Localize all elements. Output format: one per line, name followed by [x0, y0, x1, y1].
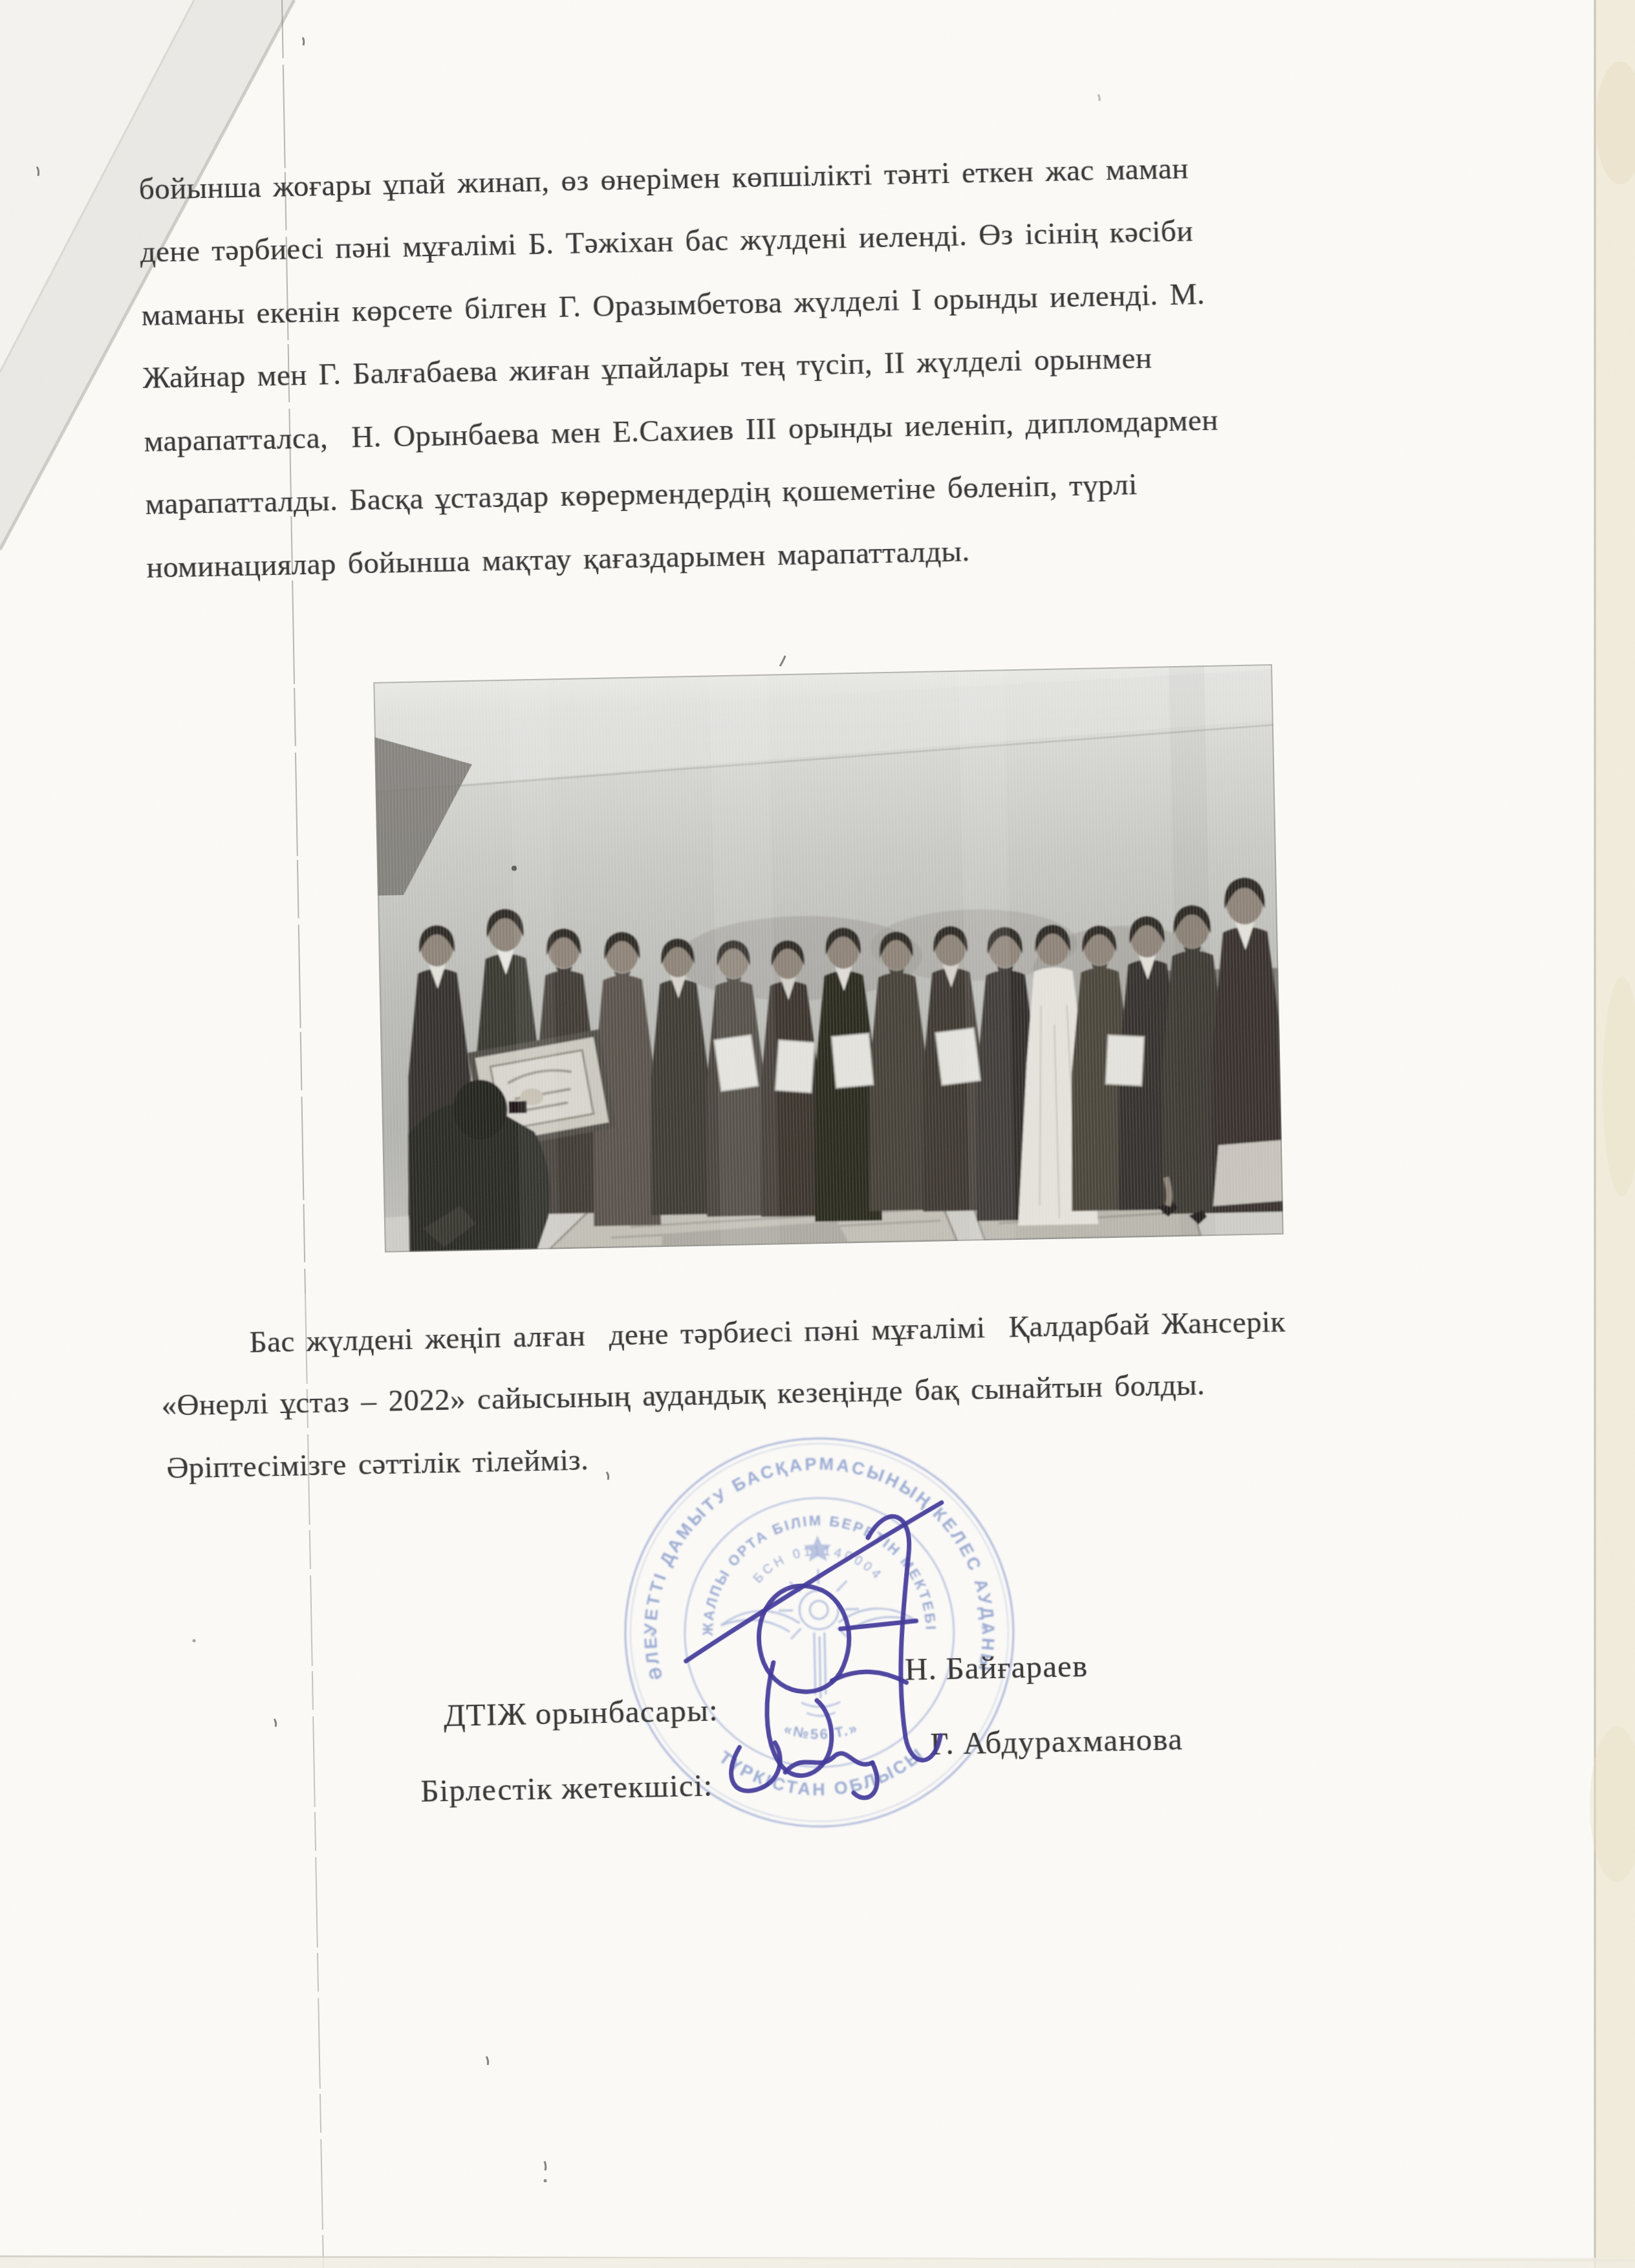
text-line: бойынша жоғары ұпай жинап, өз өнерімен к… — [138, 151, 1189, 207]
text-line: номинациялар бойынша мақтау қағаздарымен… — [146, 534, 970, 585]
paragraph-2: Бас жүлдені жеңіп алған дене тәрбиесі пә… — [0, 0, 1631, 3]
text-line: дене тәрбиесі пәні мұғалімі Б. Тәжіхан б… — [140, 213, 1193, 270]
document-content: бойынша жоғары ұпай жинап, өз өнерімен к… — [0, 0, 1635, 2268]
text-line: Жайнар мен Г. Балғабаева жиған ұпайлары … — [142, 341, 1153, 396]
signature-name: Г. Абдурахманова — [930, 1720, 1184, 1762]
svg-text:*: * — [650, 1628, 656, 1646]
text-line: Әріптесімізге сәттілік тілейміз. — [166, 1442, 589, 1485]
svg-text:*: * — [981, 1622, 988, 1639]
signature-role-label: Бірлестік жетекшісі: — [420, 1767, 713, 1809]
paragraph-1: бойынша жоғары ұпай жинап, өз өнерімен к… — [0, 0, 1631, 3]
text-line: марапатталса, Н. Орынбаева мен Е.Сахиев … — [144, 403, 1218, 459]
signature-ink — [673, 1465, 957, 1807]
award-ceremony-photo — [373, 664, 1283, 1253]
text-line: марапатталды. Басқа ұстаздар көрермендер… — [145, 467, 1138, 522]
scanned-page: бойынша жоғары ұпай жинап, өз өнерімен к… — [0, 0, 1635, 2268]
text-line: «Өнерлі ұстаз – 2022» сайысының аудандық… — [161, 1367, 1206, 1423]
text-line: маманы екенін көрсете білген Г. Оразымбе… — [141, 277, 1205, 333]
text-line: Бас жүлдені жеңіп алған дене тәрбиесі пә… — [249, 1304, 1286, 1360]
